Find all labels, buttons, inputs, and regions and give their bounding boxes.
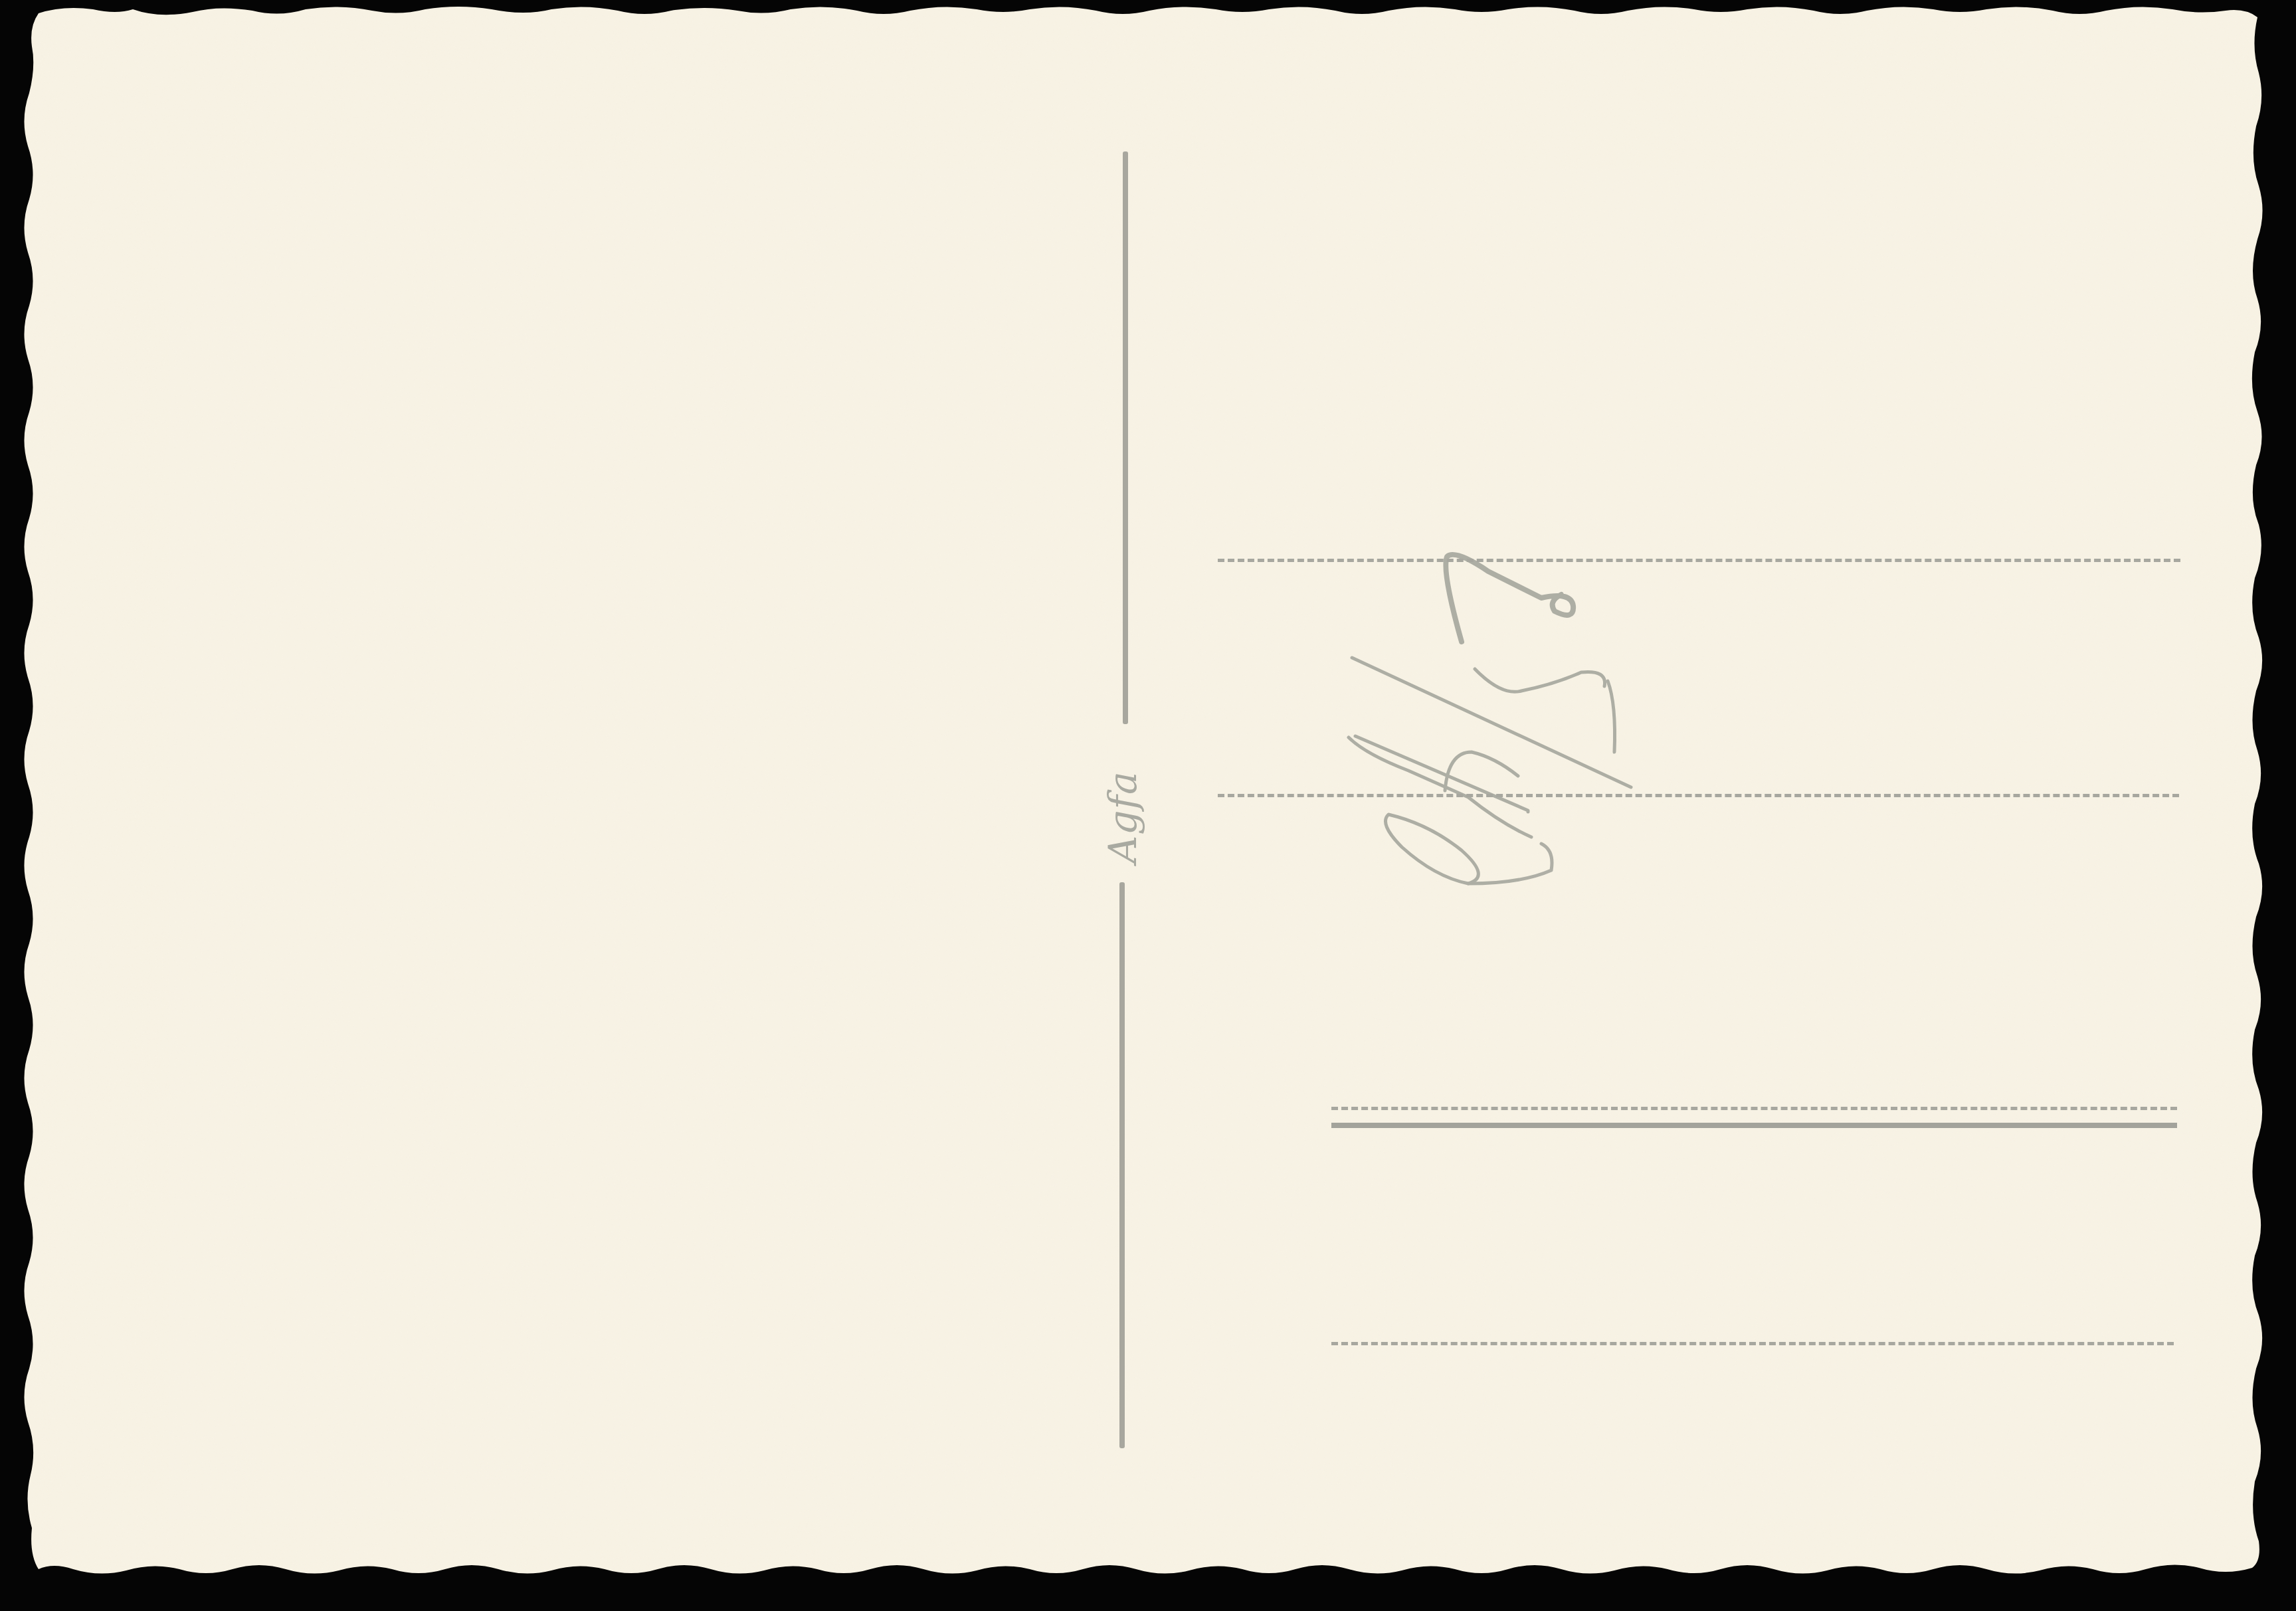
vertical-divider-top <box>1123 151 1128 724</box>
address-line-1 <box>1218 559 2180 562</box>
address-line-4 <box>1331 1342 2174 1345</box>
agfa-logo: Agfa <box>1090 777 1156 857</box>
postcard-back: Agfa <box>0 0 2296 1611</box>
vertical-divider-bottom <box>1119 882 1125 1448</box>
address-line-2 <box>1218 794 2179 797</box>
address-underline-solid <box>1331 1123 2177 1128</box>
address-line-3 <box>1331 1107 2177 1110</box>
